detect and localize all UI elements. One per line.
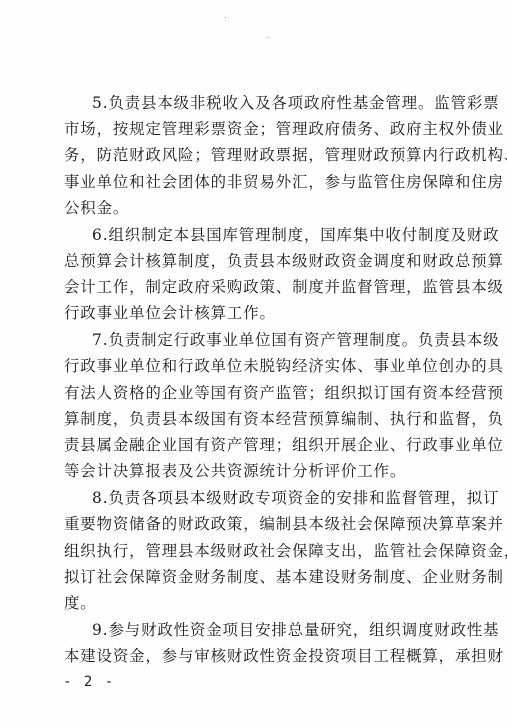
text-line: 度。 (64, 590, 438, 616)
text-line: 拟订社会保障资金财务制度、基本建设财务制度、企业财务制 (64, 564, 438, 590)
page-number: - 2 - (63, 674, 115, 690)
text-line: 5.负责县本级非税收入及各项政府性基金管理。监管彩票 (92, 90, 438, 116)
text-line: 本建设资金，参与审核财政性资金投资项目工程概算，承担财 (64, 643, 438, 669)
text-line: 9.参与财政性资金项目安排总量研究，组织调度财政性基 (92, 617, 438, 643)
text-line: 6.组织制定本县国库管理制度，国库集中收付制度及财政 (92, 222, 438, 248)
text-line: 责县属金融企业国有资产管理；组织开展企业、行政事业单位 (64, 432, 438, 458)
text-line: 公积金。 (64, 195, 438, 221)
text-line: 组织执行，管理县本级财政社会保障支出，监管社会保障资金， (64, 538, 438, 564)
text-line: 行政事业单位会计核算工作。 (64, 300, 438, 326)
text-line: 务，防范财政风险；管理财政票据，管理财政预算内行政机构、 (64, 142, 438, 168)
text-line: 行政事业单位和行政单位未脱钩经济实体、事业单位创办的具 (64, 353, 438, 379)
text-line: 会计工作，制定政府采购政策、制度并监督管理，监管县本级 (64, 274, 438, 300)
text-line: 等会计决算报表及公共资源统计分析评价工作。 (64, 458, 438, 484)
text-line: 有法人资格的企业等国有资产监管；组织拟订国有资本经营预 (64, 380, 438, 406)
text-line: 7.负责制定行政事业单位国有资产管理制度。负责县本级 (92, 327, 438, 353)
text-line: 重要物资储备的财政政策，编制县本级社会保障预决算草案并 (64, 511, 438, 537)
scan-speck (225, 17, 226, 18)
text-line: 总预算会计核算制度，负责县本级财政资金调度和财政总预算 (64, 248, 438, 274)
scan-speck (267, 37, 268, 38)
text-line: 事业单位和社会团体的非贸易外汇，参与监管住房保障和住房 (64, 169, 438, 195)
document-page: 5.负责县本级非税收入及各项政府性基金管理。监管彩票 市场，按规定管理彩票资金；… (0, 0, 507, 726)
text-line: 市场，按规定管理彩票资金；管理政府债务、政府主权外债业 (64, 116, 438, 142)
text-line: 算制度，负责县本级国有资本经营预算编制、执行和监督，负 (64, 406, 438, 432)
text-line: 8.负责各项县本级财政专项资金的安排和监督管理，拟订 (92, 485, 438, 511)
